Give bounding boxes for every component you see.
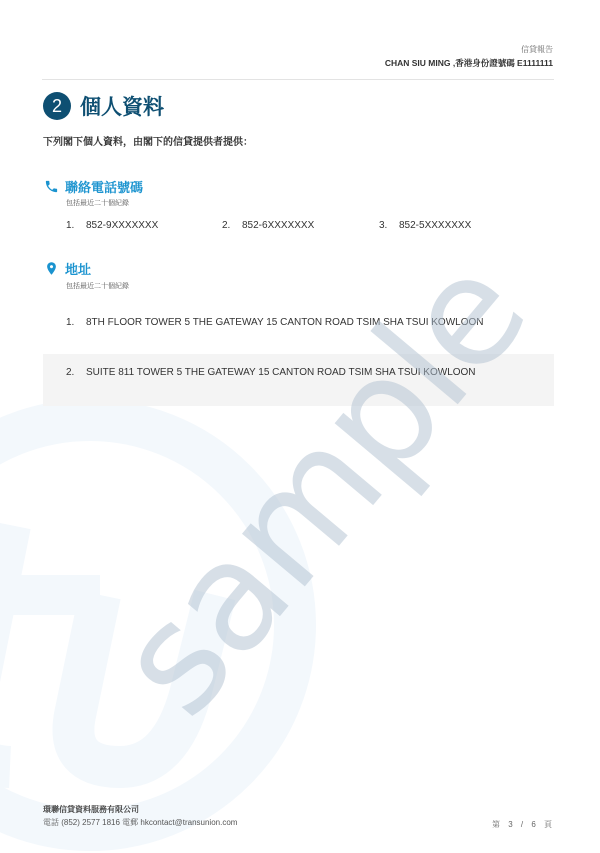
- report-title: 信貸報告: [385, 44, 553, 56]
- phones-title: 聯絡電話號碼: [65, 177, 143, 196]
- footer: 環聯信貸資料服務有限公司 電話 (852) 2577 1816 電郵 hkcon…: [43, 803, 237, 829]
- map-pin-icon: [44, 261, 59, 276]
- phone-item: 1.852-9XXXXXXX: [66, 220, 158, 231]
- section-title: 個人資料: [80, 91, 164, 121]
- footer-contact: 電話 (852) 2577 1816 電郵 hkcontact@transuni…: [43, 816, 237, 829]
- section-heading: 2 個人資料: [43, 91, 164, 121]
- section-intro: 下列閣下個人資料，由閣下的信貸提供者提供：: [43, 133, 253, 148]
- addresses-note: 包括最近二十個紀錄: [66, 281, 129, 291]
- phone-item: 2.852-6XXXXXXX: [222, 220, 314, 231]
- report-header: 信貸報告 CHAN SIU MING ,香港身份證號碼 E1111111: [385, 44, 553, 70]
- phone-icon: [44, 179, 59, 194]
- addresses-title: 地址: [65, 259, 91, 278]
- person-identity: CHAN SIU MING ,香港身份證號碼 E1111111: [385, 56, 553, 70]
- phone-item: 3.852-5XXXXXXX: [379, 220, 471, 231]
- address-row: 1.8TH FLOOR TOWER 5 THE GATEWAY 15 CANTO…: [43, 302, 554, 354]
- header-divider: [42, 79, 554, 80]
- address-value: SUITE 811 TOWER 5 THE GATEWAY 15 CANTON …: [86, 367, 476, 378]
- address-value: 8TH FLOOR TOWER 5 THE GATEWAY 15 CANTON …: [86, 317, 483, 328]
- phones-note: 包括最近二十個紀錄: [66, 198, 129, 208]
- section-number-badge: 2: [43, 92, 71, 120]
- phones-heading: 聯絡電話號碼: [44, 177, 143, 196]
- footer-company: 環聯信貸資料服務有限公司: [43, 803, 237, 816]
- address-row: 2.SUITE 811 TOWER 5 THE GATEWAY 15 CANTO…: [43, 354, 554, 406]
- addresses-heading: 地址: [44, 259, 91, 278]
- tu-logo-watermark: [0, 395, 320, 853]
- page-number: 第 3 / 6 頁: [492, 819, 552, 830]
